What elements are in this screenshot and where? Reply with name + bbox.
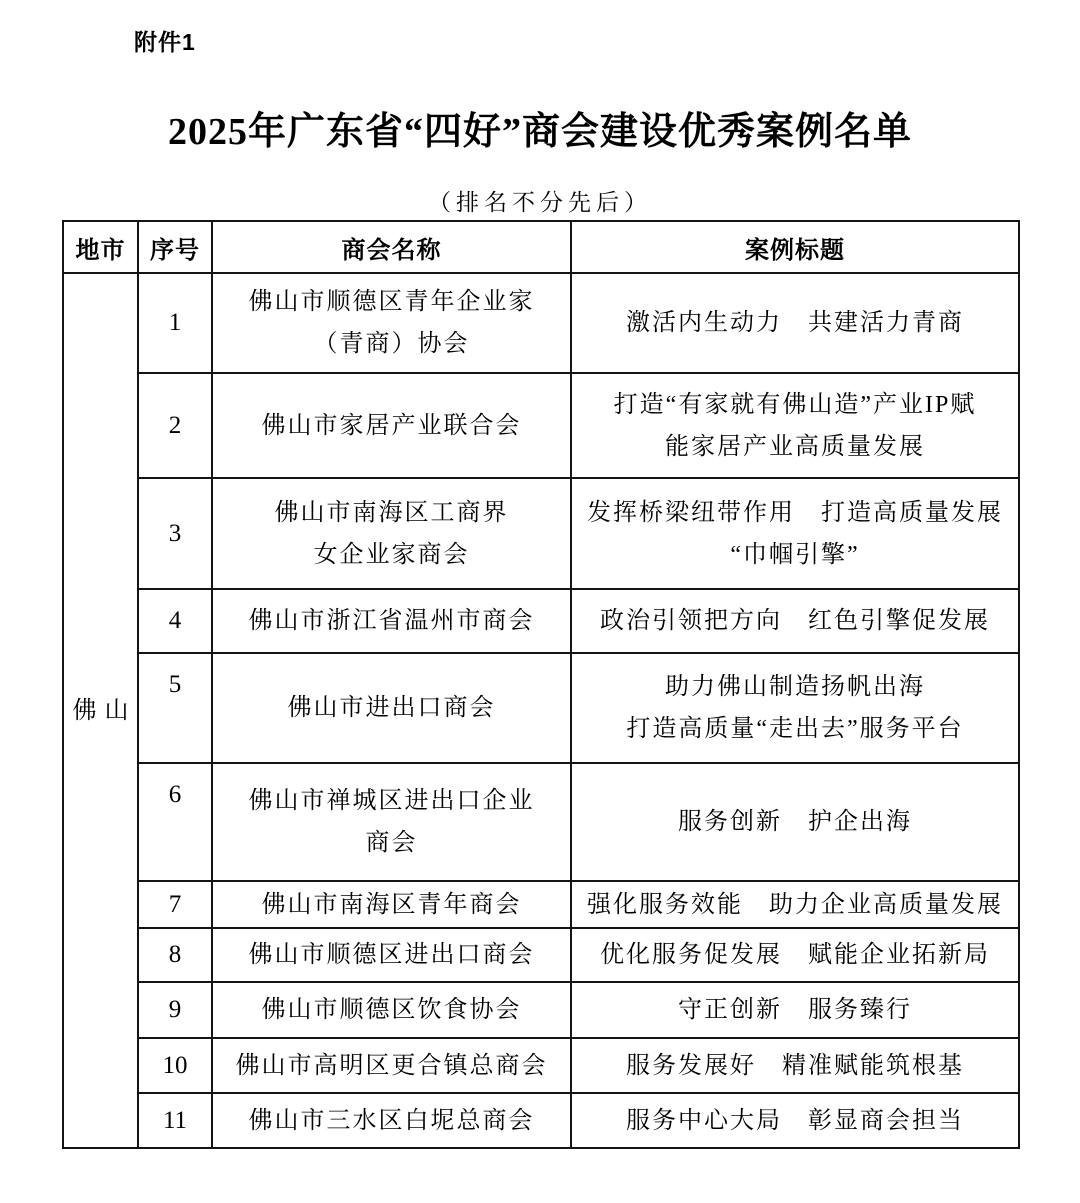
table-row: 6佛山市禅城区进出口企业 商会服务创新 护企出海 bbox=[63, 763, 1019, 881]
table-row: 10佛山市高明区更合镇总商会服务发展好 精准赋能筑根基 bbox=[63, 1038, 1019, 1093]
row-number-cell: 11 bbox=[138, 1093, 212, 1148]
table-row: 5佛山市进出口商会助力佛山制造扬帆出海 打造高质量“走出去”服务平台 bbox=[63, 653, 1019, 763]
chamber-name-cell: 佛山市三水区白坭总商会 bbox=[212, 1093, 571, 1148]
table-row: 佛山1佛山市顺德区青年企业家 （青商）协会激活内生动力 共建活力青商 bbox=[63, 273, 1019, 373]
case-title-cell: 激活内生动力 共建活力青商 bbox=[571, 273, 1019, 373]
header-title: 案例标题 bbox=[571, 221, 1019, 273]
case-title-cell: 优化服务促发展 赋能企业拓新局 bbox=[571, 928, 1019, 982]
case-title-cell: 助力佛山制造扬帆出海 打造高质量“走出去”服务平台 bbox=[571, 653, 1019, 763]
row-number-cell: 3 bbox=[138, 478, 212, 589]
row-number-cell: 7 bbox=[138, 881, 212, 928]
chamber-name-cell: 佛山市家居产业联合会 bbox=[212, 373, 571, 478]
chamber-name-cell: 佛山市顺德区进出口商会 bbox=[212, 928, 571, 982]
case-title-cell: 发挥桥梁纽带作用 打造高质量发展 “巾帼引擎” bbox=[571, 478, 1019, 589]
city-cell: 佛山 bbox=[63, 273, 138, 1148]
chamber-name-cell: 佛山市高明区更合镇总商会 bbox=[212, 1038, 571, 1093]
row-number-cell: 6 bbox=[138, 763, 212, 881]
case-title-cell: 强化服务效能 助力企业高质量发展 bbox=[571, 881, 1019, 928]
table-row: 8佛山市顺德区进出口商会优化服务促发展 赋能企业拓新局 bbox=[63, 928, 1019, 982]
case-title-cell: 服务发展好 精准赋能筑根基 bbox=[571, 1038, 1019, 1093]
header-row: 地市 序号 商会名称 案例标题 bbox=[63, 221, 1019, 273]
row-number-cell: 2 bbox=[138, 373, 212, 478]
chamber-name-cell: 佛山市顺德区青年企业家 （青商）协会 bbox=[212, 273, 571, 373]
chamber-name-cell: 佛山市进出口商会 bbox=[212, 653, 571, 763]
chamber-name-cell: 佛山市禅城区进出口企业 商会 bbox=[212, 763, 571, 881]
table-row: 9佛山市顺德区饮食协会守正创新 服务臻行 bbox=[63, 982, 1019, 1038]
chamber-name-cell: 佛山市浙江省温州市商会 bbox=[212, 589, 571, 653]
table-row: 11佛山市三水区白坭总商会服务中心大局 彰显商会担当 bbox=[63, 1093, 1019, 1148]
row-number-cell: 9 bbox=[138, 982, 212, 1038]
header-city: 地市 bbox=[63, 221, 138, 273]
table-row: 7佛山市南海区青年商会强化服务效能 助力企业高质量发展 bbox=[63, 881, 1019, 928]
chamber-name-cell: 佛山市南海区青年商会 bbox=[212, 881, 571, 928]
table-row: 2佛山市家居产业联合会打造“有家就有佛山造”产业IP赋 能家居产业高质量发展 bbox=[63, 373, 1019, 478]
header-no: 序号 bbox=[138, 221, 212, 273]
case-table-body: 佛山1佛山市顺德区青年企业家 （青商）协会激活内生动力 共建活力青商2佛山市家居… bbox=[63, 273, 1019, 1148]
case-title-cell: 守正创新 服务臻行 bbox=[571, 982, 1019, 1038]
row-number-cell: 8 bbox=[138, 928, 212, 982]
page-title: 2025年广东省“四好”商会建设优秀案例名单 bbox=[0, 100, 1080, 155]
chamber-name-cell: 佛山市南海区工商界 女企业家商会 bbox=[212, 478, 571, 589]
row-number-cell: 4 bbox=[138, 589, 212, 653]
row-number-cell: 10 bbox=[138, 1038, 212, 1093]
page-subtitle: （排名不分先后） bbox=[0, 184, 1080, 217]
case-table: 地市 序号 商会名称 案例标题 佛山1佛山市顺德区青年企业家 （青商）协会激活内… bbox=[62, 220, 1020, 1149]
case-title-cell: 服务创新 护企出海 bbox=[571, 763, 1019, 881]
case-title-cell: 政治引领把方向 红色引擎促发展 bbox=[571, 589, 1019, 653]
case-table-container: 地市 序号 商会名称 案例标题 佛山1佛山市顺德区青年企业家 （青商）协会激活内… bbox=[62, 220, 1018, 1149]
case-table-header: 地市 序号 商会名称 案例标题 bbox=[63, 221, 1019, 273]
document-page: 附件1 2025年广东省“四好”商会建设优秀案例名单 （排名不分先后） 地市 序… bbox=[0, 0, 1080, 1203]
table-row: 4佛山市浙江省温州市商会政治引领把方向 红色引擎促发展 bbox=[63, 589, 1019, 653]
header-name: 商会名称 bbox=[212, 221, 571, 273]
row-number-cell: 5 bbox=[138, 653, 212, 763]
attachment-label: 附件1 bbox=[134, 24, 196, 57]
chamber-name-cell: 佛山市顺德区饮食协会 bbox=[212, 982, 571, 1038]
case-title-cell: 打造“有家就有佛山造”产业IP赋 能家居产业高质量发展 bbox=[571, 373, 1019, 478]
table-row: 3佛山市南海区工商界 女企业家商会发挥桥梁纽带作用 打造高质量发展 “巾帼引擎” bbox=[63, 478, 1019, 589]
row-number-cell: 1 bbox=[138, 273, 212, 373]
case-title-cell: 服务中心大局 彰显商会担当 bbox=[571, 1093, 1019, 1148]
